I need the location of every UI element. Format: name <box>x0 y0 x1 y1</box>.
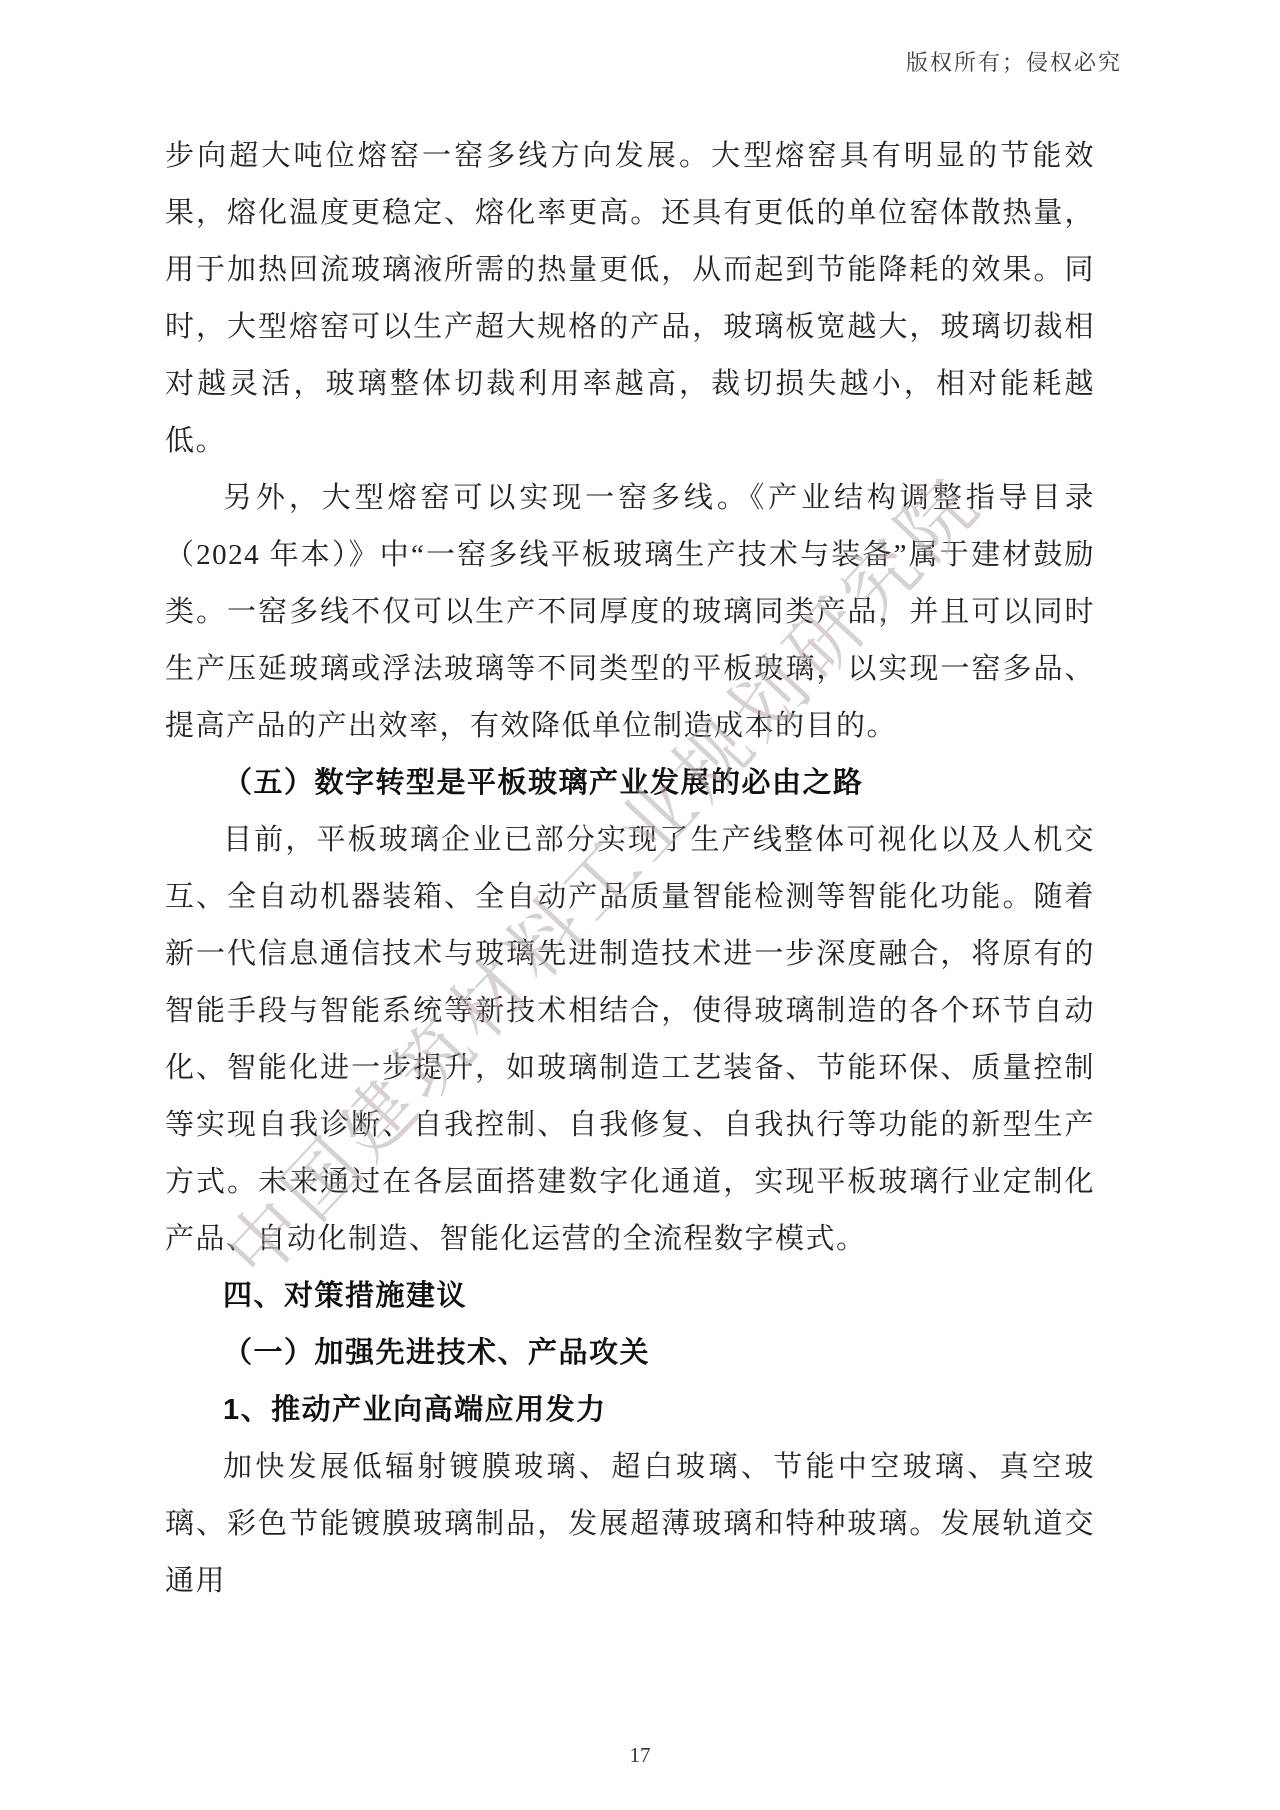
document-body: 步向超大吨位熔窑一窑多线方向发展。大型熔窑具有明显的节能效果，熔化温度更稳定、熔… <box>165 128 1095 1610</box>
body-paragraph-furnace-energy: 步向超大吨位熔窑一窑多线方向发展。大型熔窑具有明显的节能效果，熔化温度更稳定、熔… <box>165 128 1095 470</box>
page-number: 17 <box>0 1743 1280 1768</box>
body-paragraph-one-furnace-multi-line: 另外，大型熔窑可以实现一窑多线。《产业结构调整指导目录（2024 年本）》中“一… <box>165 470 1095 755</box>
body-paragraph-intelligent-manufacturing: 目前，平板玻璃企业已部分实现了生产线整体可视化以及人机交互、全自动机器装箱、全自… <box>165 812 1095 1268</box>
copyright-notice: 版权所有；侵权必究 <box>906 46 1122 77</box>
section-heading-advanced-technology: （一）加强先进技术、产品攻关 <box>165 1325 1095 1382</box>
section-heading-digital-transformation: （五）数字转型是平板玻璃产业发展的必由之路 <box>165 755 1095 812</box>
section-heading-countermeasures: 四、对策措施建议 <box>165 1268 1095 1325</box>
document-page: 版权所有；侵权必究 中国建筑材料工业规划研究院 步向超大吨位熔窑一窑多线方向发展… <box>0 0 1280 1810</box>
body-paragraph-coated-glass-products: 加快发展低辐射镀膜玻璃、超白玻璃、节能中空玻璃、真空玻璃、彩色节能镀膜玻璃制品，… <box>165 1439 1095 1610</box>
section-heading-high-end-applications: 1、推动产业向高端应用发力 <box>165 1382 1095 1439</box>
